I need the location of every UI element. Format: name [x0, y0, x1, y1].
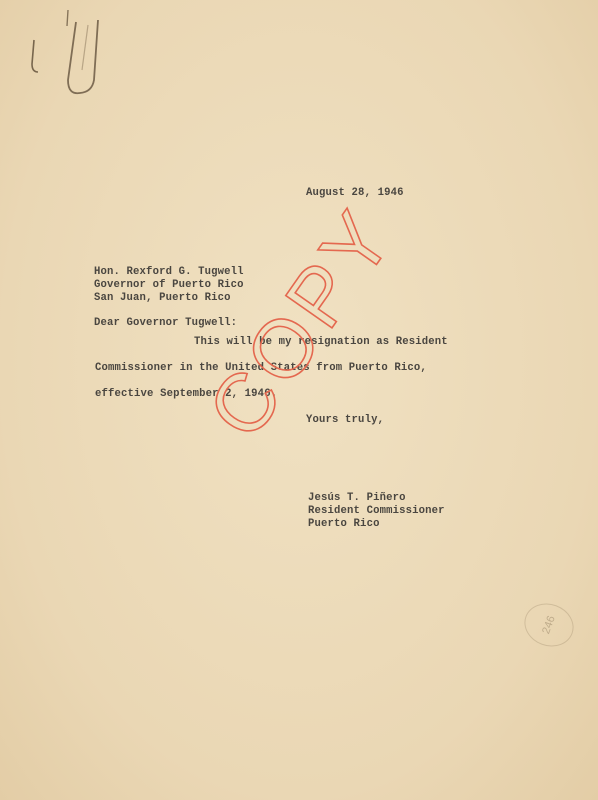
margin-pencil-annotation: 246 — [518, 597, 579, 654]
letter-date: August 28, 1946 — [306, 187, 404, 200]
signature-name: Jesús T. Piñero — [308, 492, 406, 505]
recipient-name: Hon. Rexford G. Tugwell — [94, 266, 244, 279]
margin-pencil-text: 246 — [540, 614, 558, 635]
salutation: Dear Governor Tugwell: — [94, 317, 237, 330]
closing: Yours truly, — [306, 414, 384, 427]
document-page: August 28, 1946 Hon. Rexford G. Tugwell … — [0, 0, 598, 800]
signature-title: Resident Commissioner — [308, 505, 445, 518]
paperclip-mark-icon — [20, 0, 110, 100]
recipient-title: Governor of Puerto Rico — [94, 279, 244, 292]
signature-place: Puerto Rico — [308, 518, 380, 531]
recipient-address: San Juan, Puerto Rico — [94, 292, 231, 305]
